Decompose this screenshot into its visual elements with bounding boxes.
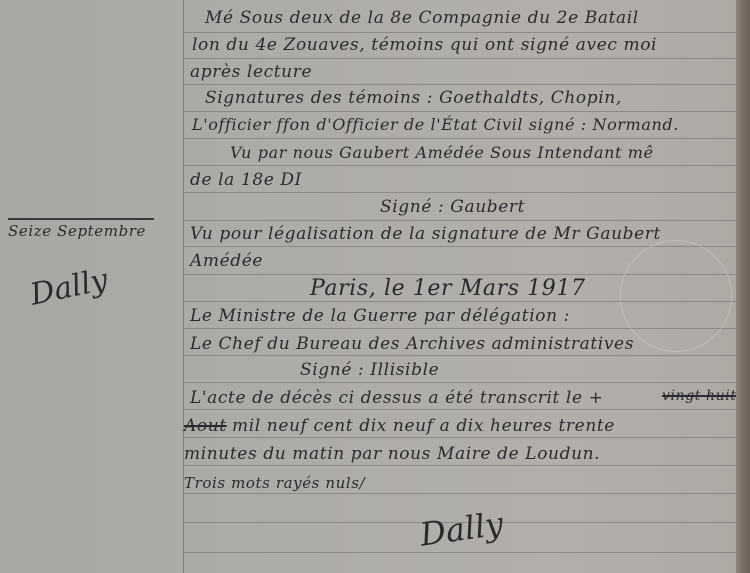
text-line-13: Le Chef du Bureau des Archives administr… bbox=[190, 334, 634, 354]
ruled-line bbox=[184, 465, 736, 466]
text-line-3: après lecture bbox=[190, 62, 312, 82]
struck-text-aout: Aout bbox=[184, 416, 227, 436]
ruled-line bbox=[184, 165, 736, 166]
text-line-11: Paris, le 1er Mars 1917 bbox=[310, 276, 586, 301]
ruled-line bbox=[184, 58, 736, 59]
ruled-line bbox=[184, 138, 736, 139]
struck-text-vingt-huit: vingt huit bbox=[662, 388, 736, 404]
ruled-line bbox=[184, 84, 736, 85]
ruled-line bbox=[184, 493, 736, 494]
text-line-7: de la 18e DI bbox=[190, 170, 302, 190]
text-line-5: L'officier ffon d'Officier de l'État Civ… bbox=[192, 115, 679, 134]
text-line-15: L'acte de décès ci dessus a été transcri… bbox=[190, 388, 603, 408]
text-line-6: Vu par nous Gaubert Amédée Sous Intendan… bbox=[230, 143, 654, 162]
text-line-12: Le Ministre de la Guerre par délégation … bbox=[190, 306, 570, 326]
margin-signature: Dally bbox=[27, 262, 111, 312]
ruled-line bbox=[184, 355, 736, 356]
ruled-line bbox=[184, 220, 736, 221]
text-line-4: Signatures des témoins : Goethaldts, Cho… bbox=[205, 88, 622, 108]
text-line-8: Signé : Gaubert bbox=[380, 197, 525, 217]
ruled-line bbox=[184, 437, 736, 438]
ruled-line bbox=[184, 32, 736, 33]
bottom-signature: Dally bbox=[418, 504, 506, 553]
ruled-line bbox=[184, 552, 736, 553]
ruled-line bbox=[184, 382, 736, 383]
margin-date-note: Seize Septembre bbox=[8, 222, 146, 240]
ruled-line bbox=[184, 192, 736, 193]
text-line-1: Mé Sous deux de la 8e Compagnie du 2e Ba… bbox=[205, 8, 639, 28]
text-line-2: lon du 4e Zouaves, témoins qui ont signé… bbox=[192, 35, 657, 55]
document-page: Seize Septembre Dally Mé Sous deux de la… bbox=[0, 0, 736, 573]
text-line-10: Amédée bbox=[190, 251, 263, 271]
ruled-line bbox=[184, 111, 736, 112]
text-line-18: Trois mots rayés nuls/ bbox=[184, 474, 365, 492]
embossed-seal bbox=[620, 240, 732, 352]
ruled-line bbox=[184, 409, 736, 410]
text-line-9: Vu pour légalisation de la signature de … bbox=[190, 224, 661, 244]
page-edge bbox=[736, 0, 750, 573]
text-line-16: mil neuf cent dix neuf a dix heures tren… bbox=[232, 416, 615, 436]
text-line-17: minutes du matin par nous Maire de Loudu… bbox=[184, 444, 600, 464]
margin-underline bbox=[8, 218, 154, 220]
text-line-14: Signé : Illisible bbox=[300, 360, 439, 380]
